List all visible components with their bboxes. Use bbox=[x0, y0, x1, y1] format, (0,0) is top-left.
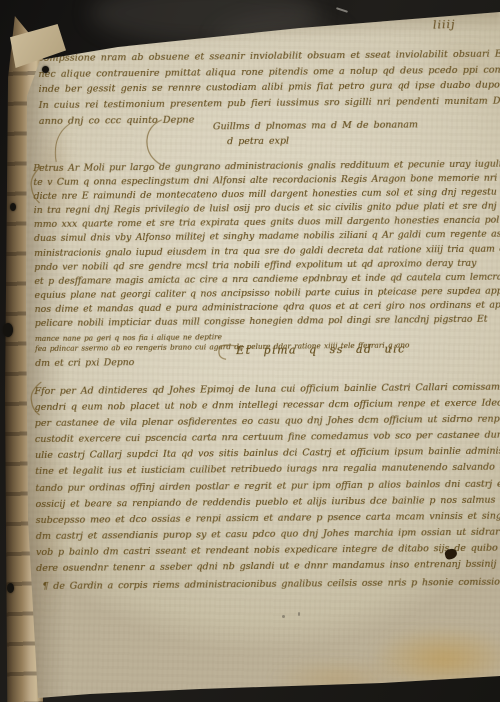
foxing-speck bbox=[282, 615, 285, 618]
wormhole bbox=[10, 203, 16, 211]
wormhole bbox=[42, 66, 49, 73]
paragraph-2: Petrus Ar Moli pur largo de gungrano adm… bbox=[33, 157, 500, 372]
text-line: d petra expl bbox=[227, 132, 418, 149]
margin-bracket-icon bbox=[27, 165, 43, 205]
paragraph-closing-line: ¶ de Gardin a corpis riems administracio… bbox=[42, 573, 500, 595]
background-scratch-mark bbox=[336, 7, 348, 13]
margin-bracket-icon bbox=[144, 118, 164, 168]
rubric-heading-2: Et pima q ss ad uic bbox=[236, 343, 406, 358]
wormhole bbox=[7, 583, 14, 593]
heading-flourish-icon bbox=[216, 342, 238, 362]
foxing-speck bbox=[298, 612, 300, 616]
margin-flourish-icon bbox=[50, 122, 72, 164]
rubric-heading-1: Guillms d plnomas ma d M de bonanam d pe… bbox=[213, 117, 418, 149]
photo-background: liiij compssione nram ab obsuene et ssea… bbox=[0, 0, 500, 702]
wormhole bbox=[3, 323, 13, 337]
paragraph-3: Ffor per Ad dintideres qd Johes Epimoj d… bbox=[34, 378, 500, 595]
margin-bracket-icon bbox=[27, 381, 43, 417]
folio-number: liiij bbox=[433, 18, 456, 32]
manuscript-page: liiij compssione nram ab obsuene et ssea… bbox=[0, 0, 500, 702]
paragraph-1: compssione nram ab obsuene et sseanir in… bbox=[38, 46, 500, 130]
handwritten-text-layer: liiij compssione nram ab obsuene et ssea… bbox=[0, 0, 500, 702]
